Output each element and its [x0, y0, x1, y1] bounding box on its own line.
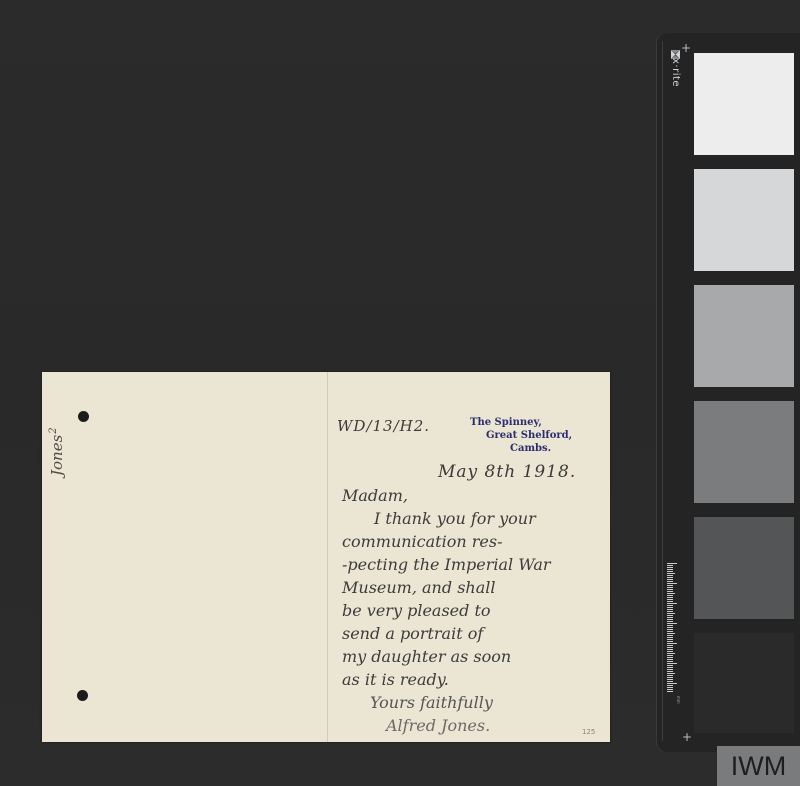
page-number: 125 — [582, 728, 595, 736]
closing: Yours faithfully — [342, 691, 607, 714]
ruler-tick — [667, 691, 673, 692]
ruler-tick — [667, 673, 675, 674]
ruler-tick — [667, 675, 673, 676]
ruler-tick — [667, 661, 673, 662]
brand-name: x·rite — [670, 58, 681, 87]
ruler-tick — [667, 599, 673, 600]
ruler-tick — [667, 621, 673, 622]
ruler-tick — [667, 617, 673, 618]
ruler-tick — [667, 573, 675, 574]
body-line: as it is ready. — [342, 668, 607, 691]
ruler-tick — [667, 663, 677, 664]
ruler-tick — [667, 657, 673, 658]
letter-body: Madam, I thank you for your communicatio… — [342, 484, 607, 737]
chart-edge-line — [662, 41, 663, 741]
crosshair-icon: + — [681, 42, 691, 54]
iwm-watermark: IWM — [717, 746, 800, 786]
ruler-tick — [667, 655, 673, 656]
ruler-tick — [667, 625, 673, 626]
mm-ruler: mm — [665, 563, 679, 693]
body-line: communication res- — [342, 530, 607, 553]
ruler-tick — [667, 587, 673, 588]
body-line: I thank you for your — [342, 507, 607, 530]
ruler-tick — [667, 603, 677, 604]
signature: Alfred Jones. — [342, 714, 607, 737]
ruler-tick — [667, 591, 673, 592]
letterhead-line: Cambs. — [468, 442, 608, 455]
swatch-mid-gray — [694, 401, 794, 503]
ruler-tick — [667, 595, 673, 596]
ruler-tick — [667, 651, 673, 652]
ruler-tick — [667, 605, 673, 606]
ruler-tick — [667, 577, 673, 578]
body-line: send a portrait of — [342, 622, 607, 645]
letter-sheet: Jones2 WD/13/H2. The Spinney, Great Shel… — [42, 372, 610, 742]
ruler-tick — [667, 635, 673, 636]
punch-hole-bottom — [77, 690, 88, 701]
chart-brand: x·rite — [670, 46, 681, 87]
swatch-light-gray — [694, 169, 794, 271]
ruler-tick — [667, 565, 673, 566]
letterhead-address: The Spinney, Great Shelford, Cambs. — [468, 416, 608, 455]
ruler-tick — [667, 585, 673, 586]
ruler-tick — [667, 683, 677, 684]
reference-number: WD/13/H2. — [337, 417, 430, 435]
letterhead-line: The Spinney, — [468, 416, 608, 429]
ruler-tick — [667, 619, 673, 620]
ruler-tick — [667, 629, 673, 630]
ruler-tick — [667, 633, 675, 634]
ruler-tick — [667, 627, 673, 628]
ruler-tick — [667, 609, 673, 610]
ruler-tick — [667, 597, 673, 598]
margin-annotation-name: Jones — [48, 435, 66, 476]
ruler-tick — [667, 645, 673, 646]
ruler-tick — [667, 653, 675, 654]
fold-line — [327, 372, 328, 742]
ruler-tick — [667, 569, 673, 570]
swatch-white — [694, 53, 794, 155]
ruler-tick — [667, 579, 673, 580]
ruler-tick — [667, 571, 673, 572]
margin-annotation: Jones2 — [48, 427, 66, 476]
ruler-unit-label: mm — [676, 696, 681, 704]
ruler-tick — [667, 583, 677, 584]
ruler-tick — [667, 681, 673, 682]
ruler-tick — [667, 631, 673, 632]
body-line: be very pleased to — [342, 599, 607, 622]
crosshair-icon: + — [682, 731, 692, 743]
ruler-tick — [667, 677, 673, 678]
ruler-tick — [667, 647, 673, 648]
body-line: my daughter as soon — [342, 645, 607, 668]
ruler-tick — [667, 679, 673, 680]
ruler-tick — [667, 685, 673, 686]
ruler-tick — [667, 563, 677, 564]
xrite-logo-icon — [671, 46, 680, 55]
ruler-tick — [667, 649, 673, 650]
ruler-tick — [667, 611, 673, 612]
ruler-tick — [667, 667, 673, 668]
margin-annotation-number: 2 — [48, 427, 59, 433]
ruler-tick — [667, 589, 673, 590]
salutation: Madam, — [342, 484, 607, 507]
ruler-tick — [667, 669, 673, 670]
ruler-tick — [667, 581, 673, 582]
swatch-mid-light-gray — [694, 285, 794, 387]
body-line: Museum, and shall — [342, 576, 607, 599]
ruler-tick — [667, 575, 673, 576]
swatch-dark-gray — [694, 517, 794, 619]
ruler-tick — [667, 615, 673, 616]
letter-date: May 8th 1918. — [438, 462, 576, 482]
ruler-tick — [667, 613, 675, 614]
ruler-tick — [667, 641, 673, 642]
ruler-tick — [667, 607, 673, 608]
ruler-tick — [667, 639, 673, 640]
letterhead-line: Great Shelford, — [468, 429, 608, 442]
body-line: -pecting the Imperial War — [342, 553, 607, 576]
ruler-tick — [667, 687, 673, 688]
ruler-tick — [667, 659, 673, 660]
ruler-tick — [667, 601, 673, 602]
ruler-tick — [667, 567, 673, 568]
ruler-tick — [667, 593, 675, 594]
color-calibration-chart: x·rite + + mm — [657, 33, 800, 752]
ruler-tick — [667, 637, 673, 638]
ruler-tick — [667, 689, 673, 690]
ruler-tick — [667, 643, 677, 644]
punch-hole-top — [78, 411, 89, 422]
ruler-tick — [667, 671, 673, 672]
ruler-tick — [667, 623, 677, 624]
ruler-tick — [667, 665, 673, 666]
swatch-black — [694, 633, 794, 733]
